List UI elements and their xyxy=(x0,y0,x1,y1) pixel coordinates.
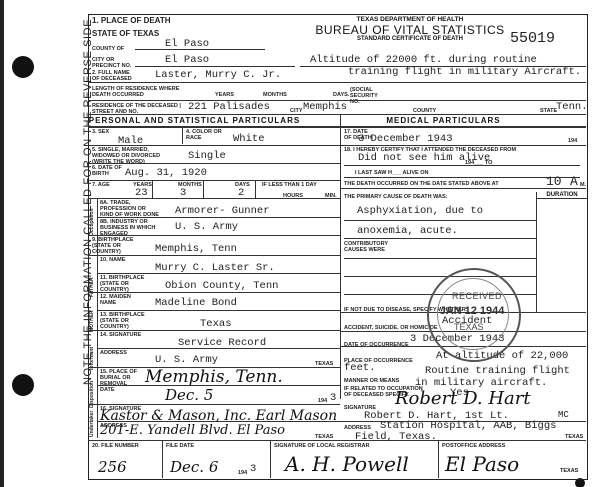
informant-address-label: ADDRESS xyxy=(100,350,127,356)
undertaker-address: 201-E. Yandell Blvd. El Paso xyxy=(100,423,285,438)
medical-section-title: MEDICAL PARTICULARS xyxy=(301,114,586,128)
color-label: 4. COLOR OR RACE xyxy=(186,129,226,141)
primary-cause-label: THE PRIMARY CAUSE OF DEATH WAS: xyxy=(344,194,448,200)
form-title: STANDARD CERTIFICATE OF DEATH xyxy=(330,36,490,42)
death-ampm: A xyxy=(570,174,578,189)
birthplace-value: Memphis, Tenn xyxy=(155,243,237,255)
physician-md-suffix: MC xyxy=(558,410,569,420)
city-value: El Paso xyxy=(165,54,209,66)
father-name-label: 10. NAME xyxy=(100,257,125,263)
marital-value: Single xyxy=(188,150,226,162)
postoffice-label: POSTOFFICE ADDRESS xyxy=(442,443,505,449)
burial-year-digit: 3 xyxy=(330,392,336,404)
death-time-label: THE DEATH OCCURRED ON THE DATE STATED AB… xyxy=(344,181,499,187)
occurrence-date-label: DATE OF OCCURRENCE xyxy=(344,342,409,348)
full-name-label: 2. FULL NAME OF DECEASED xyxy=(92,70,137,82)
undertaker-side-label: Undertaker xyxy=(89,411,95,437)
place-of-death-label: 1. PLACE OF DEATH xyxy=(92,16,171,25)
mother-side-label: MOTHER xyxy=(89,310,95,332)
agency-name: TEXAS DEPARTMENT OF HEALTH xyxy=(330,16,490,23)
birthplace-label: 9. BIRTHPLACE (STATE OR COUNTRY) xyxy=(92,237,142,255)
mother-birthplace-label: 13. BIRTHPLACE (STATE OR COUNTRY) xyxy=(100,312,155,330)
stamp-texas: TEXAS xyxy=(454,322,484,332)
res-state-value: Tenn. xyxy=(556,101,588,113)
physician-texas: TEXAS xyxy=(565,434,583,440)
file-number: 256 xyxy=(98,458,127,476)
physician-signature: Robert D. Hart xyxy=(395,388,531,409)
stamp-received: RECEIVED xyxy=(452,291,502,301)
father-birthplace-label: 11. BIRTHPLACE (STATE OR COUNTRY) xyxy=(100,275,155,293)
registrar-signature: A. H. Powell xyxy=(285,452,409,476)
dob-value: Aug. 31, 1920 xyxy=(125,167,207,179)
city-label: CITY OR PRECINCT NO. xyxy=(92,57,132,69)
full-name-value: Laster, Murry C. Jr. xyxy=(155,69,281,81)
color-value: White xyxy=(233,133,265,145)
burial-date: Dec. 5 xyxy=(165,386,213,404)
burial-place: Memphis, Tenn. xyxy=(145,367,283,387)
death-time-value: 10 xyxy=(546,174,562,189)
sex-label: 3. SEX xyxy=(92,129,109,135)
means-label: MANNER OR MEANS xyxy=(344,378,399,384)
mother-birthplace-value: Texas xyxy=(200,318,232,330)
mother-maiden-value: Madeline Bond xyxy=(155,297,237,309)
ssn-label: (SOCIAL SECURITY NO. xyxy=(350,87,380,105)
father-birthplace-value: Obion County, Tenn xyxy=(165,280,278,292)
certificate-number: 55019 xyxy=(510,30,555,47)
punch-hole-bottom xyxy=(12,374,34,396)
county-label: COUNTY OF xyxy=(92,46,124,52)
postoffice-texas: TEXAS xyxy=(560,468,578,474)
postoffice-value: El Paso xyxy=(445,452,519,476)
trade-value: Armorer- Gunner xyxy=(175,205,270,217)
file-year-digit: 3 xyxy=(250,463,256,475)
means-1: Routine training flight xyxy=(425,365,570,377)
bureau-name: BUREAU OF VITAL STATISTICS xyxy=(290,23,530,37)
punch-hole-top xyxy=(12,56,34,78)
page-edge xyxy=(0,0,4,487)
location-note-2: training flight in military Aircraft. xyxy=(348,66,581,78)
informant-sig-label: 14. SIGNATURE xyxy=(100,332,141,338)
file-date-label: FILE DATE xyxy=(166,443,194,449)
years-label: YEARS xyxy=(215,92,234,98)
street-value: 221 Palisades xyxy=(188,101,270,113)
dod-year-suffix: 194 xyxy=(568,138,577,144)
cause-line-2: anoxemia, acute. xyxy=(357,225,458,237)
informant-address-value: U. S. Army xyxy=(155,354,218,366)
trade-label: 8A. TRADE, PROFESSION OR KIND OF WORK DO… xyxy=(100,200,160,218)
physician-address-2: Field, Texas. xyxy=(355,431,437,443)
last-saw-label: I LAST SAW H___ ALIVE ON xyxy=(355,170,428,176)
occupation-side-label: Occupation xyxy=(89,208,95,236)
duration-label: DURATION xyxy=(536,192,587,199)
res-city-value: Memphis xyxy=(303,101,347,113)
days-label: DAYS. xyxy=(333,92,349,98)
burial-date-label: DATE xyxy=(100,387,115,393)
less-than-day-label: IF LESS THAN 1 DAY xyxy=(262,182,317,188)
date-of-death-value: 3 December 1943 xyxy=(358,133,453,145)
industry-value: U. S. Army xyxy=(175,221,238,233)
stamp-date: JAN 12 1944 xyxy=(437,305,507,317)
occurrence-place-2: feet. xyxy=(344,362,376,374)
mother-maiden-label: 12. MAIDEN NAME xyxy=(100,294,140,306)
contributory-label: CONTRIBUTORY CAUSES WERE xyxy=(344,241,394,253)
location-note-1: Altitude of 22000 ft. during routine xyxy=(310,54,537,66)
registrar-label: SIGNATURE OF LOCAL REGISTRAR xyxy=(274,443,369,449)
file-number-label: 20. FILE NUMBER xyxy=(92,443,139,449)
months-label: MONTHS xyxy=(263,92,287,98)
father-side-label: FATHER xyxy=(89,277,95,297)
state-label: STATE OF TEXAS xyxy=(92,29,159,38)
dob-label: 6. DATE OF BIRTH xyxy=(92,165,122,177)
cause-line-1: Asphyxiation, due to xyxy=(357,205,483,217)
file-year-label: 194 xyxy=(238,470,247,476)
age-label: 7. AGE xyxy=(92,182,110,188)
file-date: Dec. 6 xyxy=(170,458,218,476)
personal-section-title: PERSONAL AND STATISTICAL PARTICULARS xyxy=(88,114,301,128)
length-residence-label: LENGTH OF RESIDENCE WHERE DEATH OCCURRED xyxy=(92,86,182,98)
